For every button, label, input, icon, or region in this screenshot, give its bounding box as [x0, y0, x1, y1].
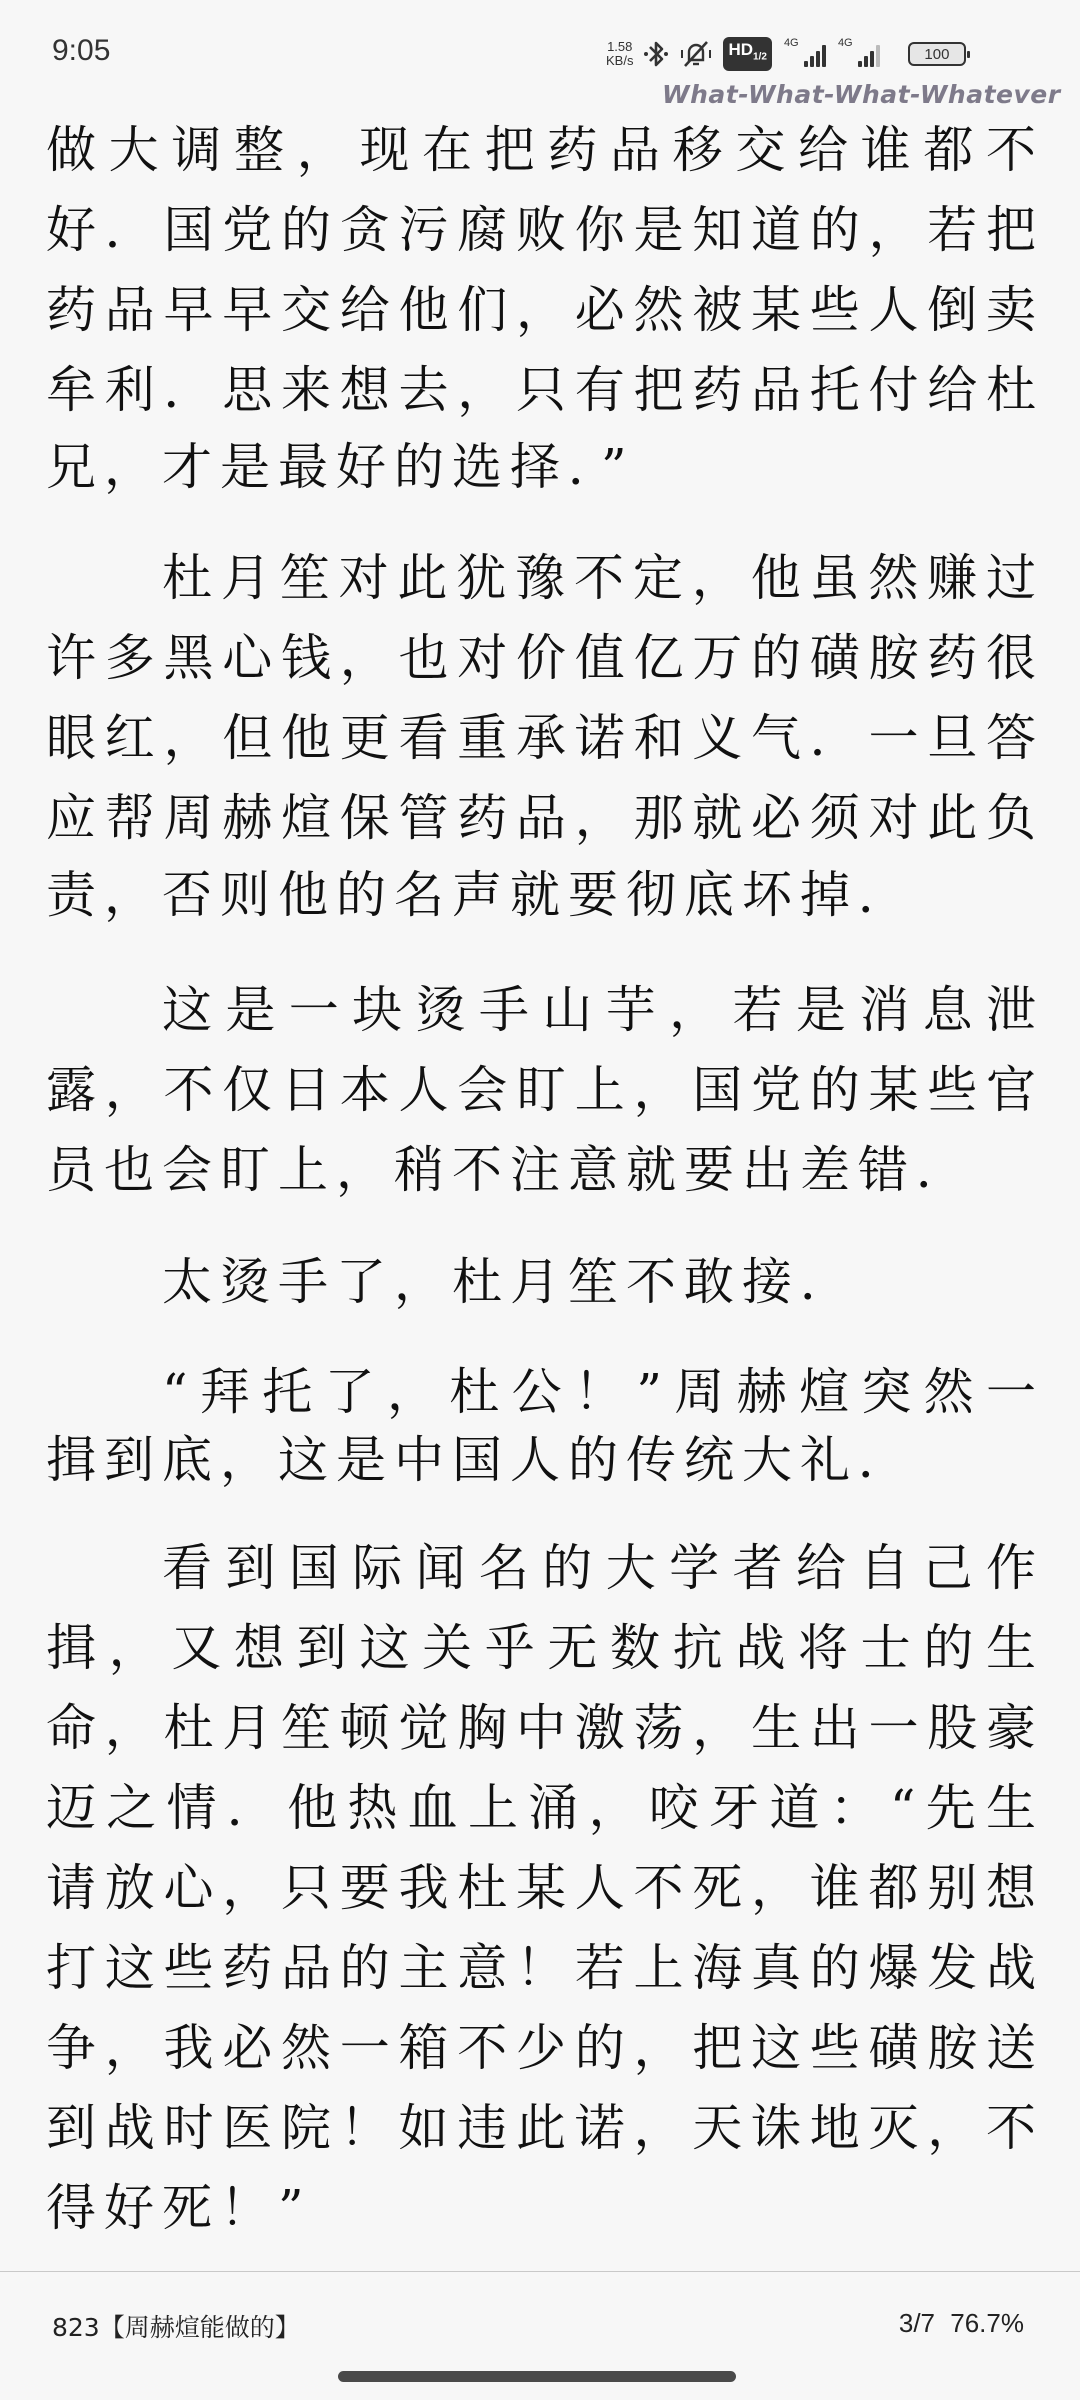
text-line: 杜月笙对此犹豫不定，他虽然赚过 [162, 543, 1036, 613]
text-line: 揖，又想到这关乎无数抗战将士的生 [46, 1613, 1036, 1683]
network-speed: 1.58 KB/s [606, 40, 633, 68]
progress-percent: 76.7% [950, 2308, 1024, 2338]
watermark: What-What-What-Whatever [662, 80, 1061, 109]
text-line: 眼红，但他更看重承诺和义气．一旦答 [46, 703, 1036, 773]
chapter-number: 823 [52, 2313, 100, 2342]
text-line: 揖到底，这是中国人的传统大礼． [46, 1425, 1036, 1495]
text-line: 责，否则他的名声就要彻底坏掉． [46, 860, 1036, 930]
battery-icon: 100 [908, 42, 966, 66]
text-line: 请放心，只要我杜某人不死，谁都别想 [46, 1853, 1036, 1923]
text-line: 应帮周赫煊保管药品，那就必须对此负 [46, 783, 1036, 853]
text-line: 看到国际闻名的大学者给自己作 [162, 1533, 1036, 1603]
text-line: 露，不仅日本人会盯上，国党的某些官 [46, 1055, 1036, 1125]
text-line: 这是一块烫手山芋，若是消息泄 [162, 975, 1036, 1045]
text-line: 好．国党的贪污腐败你是知道的，若把 [46, 195, 1036, 265]
text-line: 到战时医院！如违此诺，天诛地灭，不 [46, 2093, 1036, 2163]
text-line: 员也会盯上，稍不注意就要出差错． [46, 1135, 1036, 1205]
status-bar: 9:05 1.58 KB/s HD1/2 4G [0, 0, 1080, 100]
text-line: 许多黑心钱，也对价值亿万的磺胺药很 [46, 623, 1036, 693]
text-line: 迈之情．他热血上涌，咬牙道：“先生 [46, 1773, 1036, 1843]
text-line: 太烫手了，杜月笙不敢接． [162, 1247, 1036, 1317]
hd-voice-badge: HD1/2 [723, 37, 771, 70]
text-line: 得好死！” [46, 2173, 1036, 2243]
text-line: 命，杜月笙顿觉胸中激荡，生出一股豪 [46, 1693, 1036, 1763]
bell-off-icon [679, 38, 713, 70]
text-line: 兄，才是最好的选择．” [46, 432, 1036, 502]
page-indicator: 3/7 [899, 2308, 935, 2338]
status-icons: 1.58 KB/s HD1/2 4G [606, 34, 966, 74]
sim1-signal-icon: 4G [782, 39, 826, 69]
bluetooth-icon [643, 39, 669, 69]
sim2-signal-icon: 4G [836, 39, 880, 69]
home-gesture-bar[interactable] [338, 2371, 736, 2382]
text-line: 牟利．思来想去，只有把药品托付给杜 [46, 355, 1036, 425]
text-line: 药品早早交给他们，必然被某些人倒卖 [46, 275, 1036, 345]
clock-time: 9:05 [52, 34, 110, 68]
chapter-title: 【周赫煊能做的】 [100, 2313, 300, 2342]
text-line: 做大调整，现在把药品移交给谁都不 [46, 115, 1036, 185]
text-line: 打这些药品的主意！若上海真的爆发战 [46, 1933, 1036, 2003]
text-line: “拜托了，杜公！”周赫煊突然一 [162, 1357, 1036, 1427]
chapter-indicator[interactable]: 823【周赫煊能做的】 [52, 2308, 300, 2344]
reading-progress: 3/7 76.7% [899, 2308, 1024, 2339]
text-line: 争，我必然一箱不少的，把这些磺胺送 [46, 2013, 1036, 2083]
footer-divider [0, 2271, 1080, 2272]
